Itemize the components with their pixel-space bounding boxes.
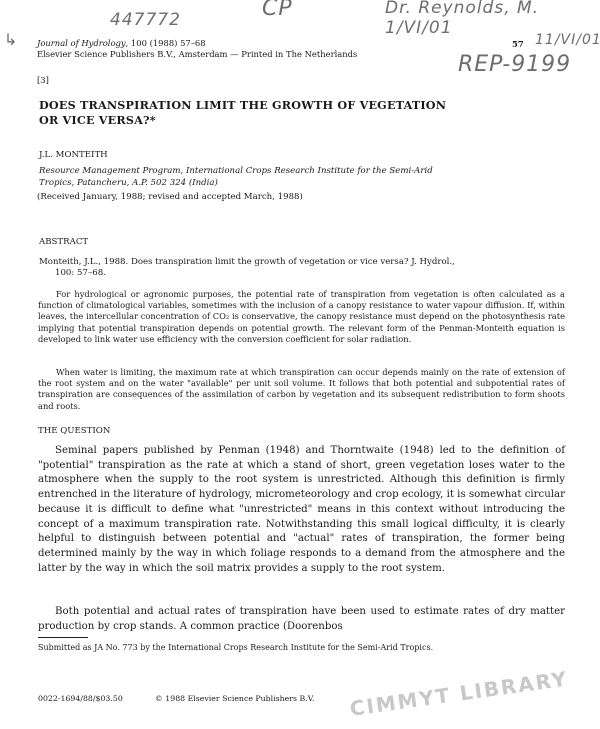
section-heading: THE QUESTION [38,426,110,436]
journal-name: Journal of Hydrology [37,38,126,48]
abstract-citation-line-1: Monteith, J.L., 1988. Does transpiration… [39,257,455,268]
abstract-paragraph-2: When water is limiting, the maximum rate… [38,367,565,412]
article-title-line-1: DOES TRANSPIRATION LIMIT THE GROWTH OF V… [39,98,446,112]
abstract-heading: ABSTRACT [39,237,88,247]
footnote-text: Submitted as JA No. 773 by the Internati… [38,642,433,653]
author-name: J.L. MONTEITH [39,150,108,161]
affiliation-line-2: Tropics, Patancheru, A.P. 502 324 (India… [39,178,218,189]
handwritten-reference: REP-9199 [458,52,571,77]
body-paragraph-2: Both potential and actual rates of trans… [38,605,565,634]
handwritten-accession-number: 447772 [110,10,181,30]
footnote-rule [38,637,88,638]
handwritten-date: 11/VI/01 [535,32,600,48]
abstract-citation-line-2: 100: 57–68. [55,268,106,279]
publisher-line: Elsevier Science Publishers B.V., Amster… [37,49,357,59]
page-number: 57 [512,39,524,49]
abstract-paragraph-1: For hydrological or agronomic purposes, … [38,289,565,345]
handwritten-check-mark: ↳ [4,30,18,49]
issn-price: 0022-1694/88/$03.50 [38,693,123,704]
article-index: [3] [37,75,49,85]
journal-citation: Journal of Hydrology, 100 (1988) 57–68 [37,38,206,48]
handwritten-initials: CP [262,0,293,21]
affiliation-line-1: Resource Management Program, Internation… [39,166,433,177]
copyright-line: © 1988 Elsevier Science Publishers B.V. [155,693,314,704]
body-paragraph-1: Seminal papers published by Penman (1948… [38,444,565,576]
article-title-line-2: OR VICE VERSA?* [39,113,156,127]
journal-volume: , 100 (1988) 57–68 [126,38,206,48]
received-dates: (Received January, 1988; revised and acc… [37,192,303,203]
library-stamp: CIMMYT LIBRARY [348,666,569,720]
